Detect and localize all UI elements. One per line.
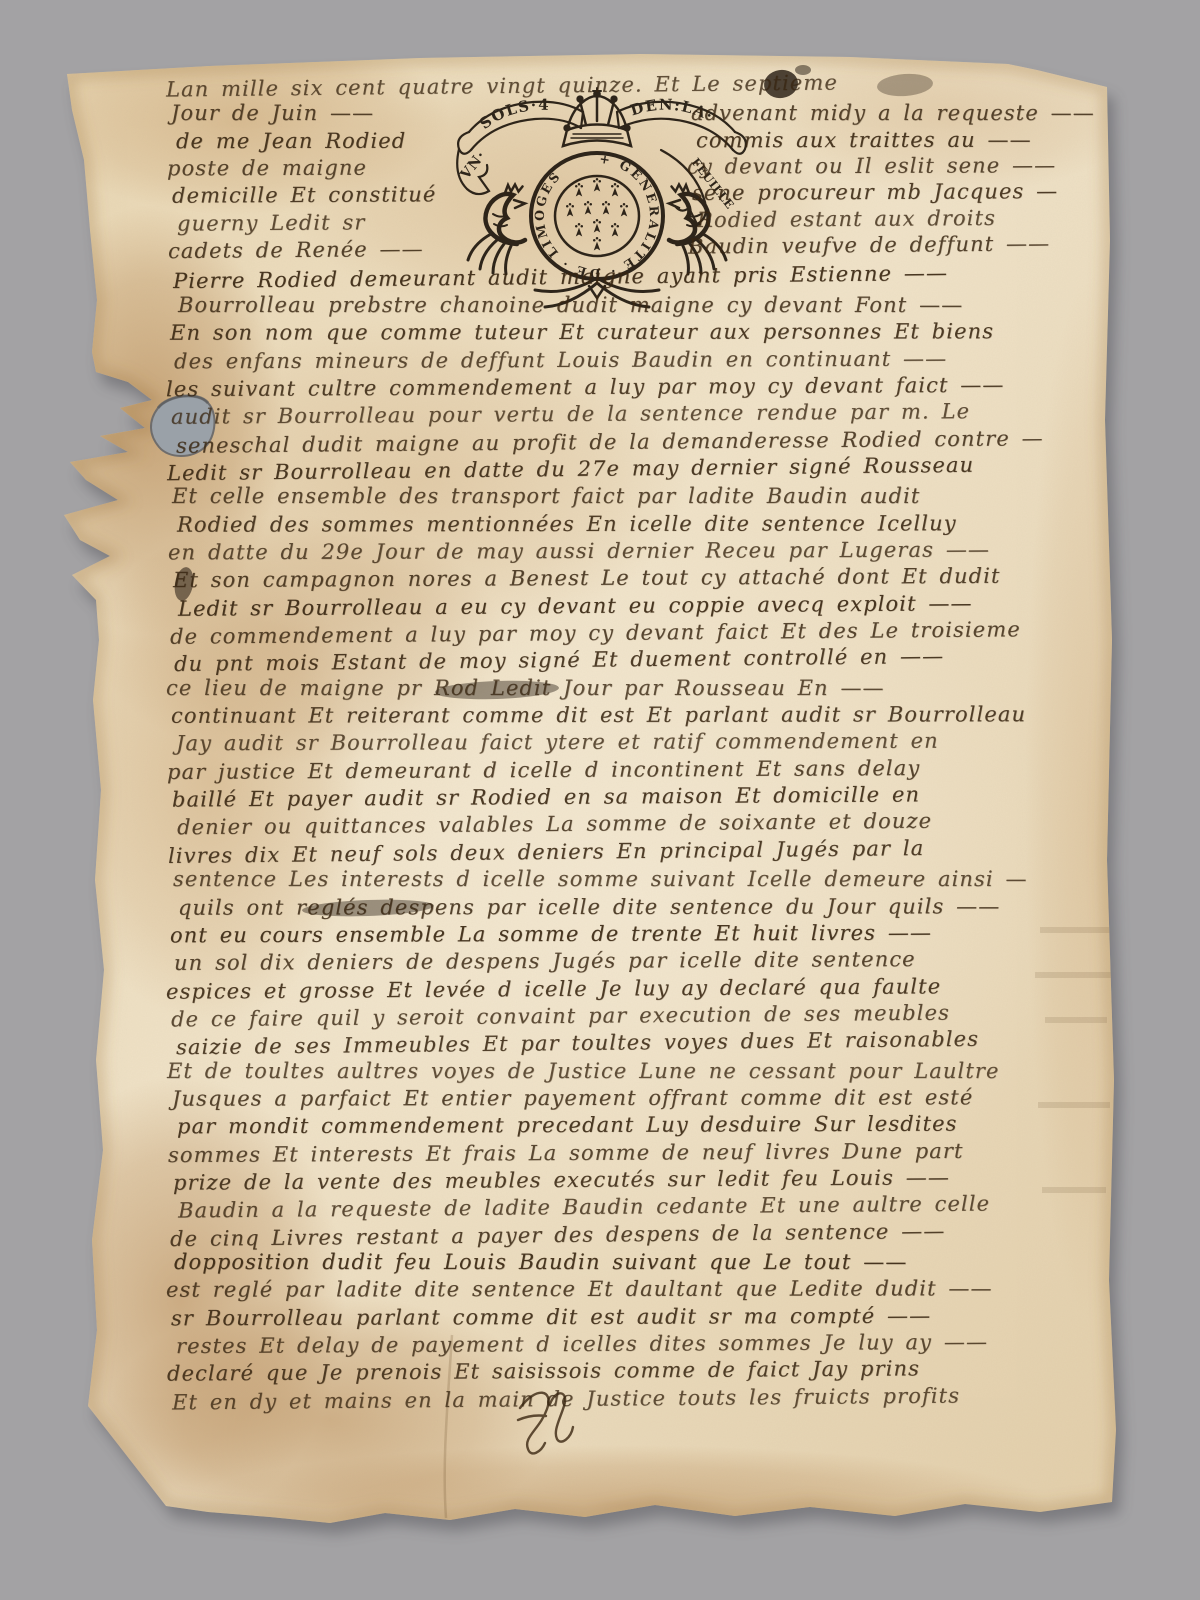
manuscript-paper: + GENERALITE · DE · LIMOGES SOLS·4 DEN:L…: [0, 0, 1200, 1600]
paper-hole: [151, 396, 215, 456]
photo-background: + GENERALITE · DE · LIMOGES SOLS·4 DEN:L…: [0, 0, 1200, 1600]
